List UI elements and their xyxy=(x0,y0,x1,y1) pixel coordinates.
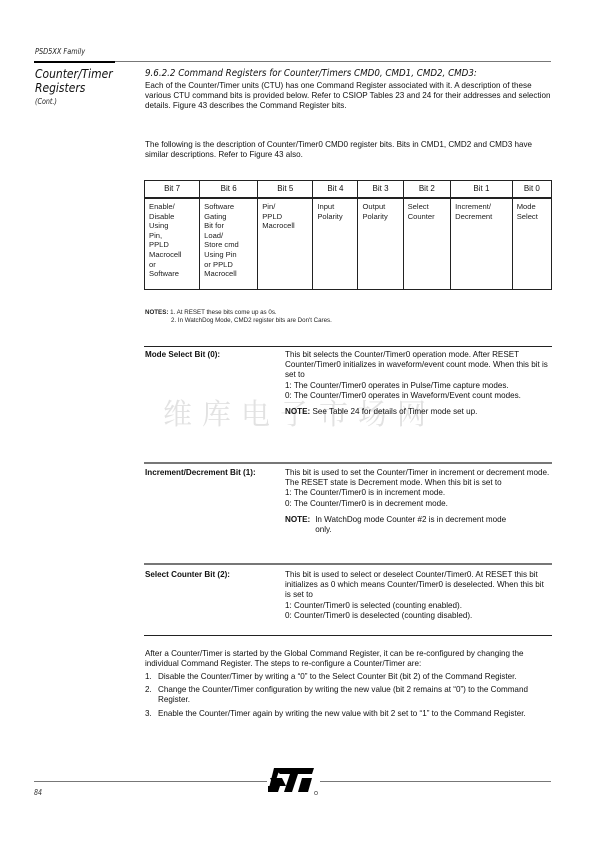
bit-cell-line: Output xyxy=(362,202,400,212)
reconfigure-intro: After a Counter/Timer is started by the … xyxy=(145,649,557,669)
divider xyxy=(144,563,552,565)
bit-cell-line: Bit for xyxy=(204,221,255,231)
sidebar-title-line2: Registers xyxy=(35,81,113,95)
step-text: Change the Counter/Timer configuration b… xyxy=(158,685,528,704)
bit-description-select-counter: This bit is used to select or deselect C… xyxy=(285,570,547,621)
section-intro: Each of the Counter/Timer units (CTU) ha… xyxy=(145,81,555,112)
bit-column-header: Bit 0 xyxy=(512,181,551,199)
bit-cell-line: or PPLD xyxy=(204,260,255,270)
step-text: Disable the Counter/Timer by writing a “… xyxy=(158,672,517,681)
bit-cell-line: Store cmd xyxy=(204,240,255,250)
bit-cell-line: Decrement xyxy=(455,212,510,222)
bit-column-header: Bit 1 xyxy=(451,181,513,199)
bit-column-header: Bit 6 xyxy=(200,181,258,199)
bit-cell: Pin/PPLDMacrocell xyxy=(258,198,313,290)
bit-cell-line: Load/ xyxy=(204,231,255,241)
note-label: NOTE: xyxy=(285,407,310,416)
bit-cell-line: or xyxy=(149,260,197,270)
bit-cell-line: Polarity xyxy=(317,212,355,222)
bit-option: 1: The Counter/Timer0 operates in Pulse/… xyxy=(285,381,555,391)
step-number: 2. xyxy=(145,685,152,695)
bit-label-increment-decrement: Increment/Decrement Bit (1): xyxy=(145,468,256,477)
document-family-header: PSD5XX Family xyxy=(35,47,85,56)
bit-cell-line: Mode xyxy=(517,202,549,212)
bit-note: NOTE: See Table 24 for details of Timer … xyxy=(285,407,555,417)
footer-rule-left xyxy=(34,781,267,782)
bit-description-text: This bit is used to select or deselect C… xyxy=(285,570,547,601)
bit-cell-line: Macrocell xyxy=(149,250,197,260)
bit-column-header: Bit 7 xyxy=(145,181,200,199)
divider xyxy=(144,635,552,636)
bit-cell: SelectCounter xyxy=(403,198,451,290)
bit-label-mode-select: Mode Select Bit (0): xyxy=(145,350,220,359)
bit-option: 0: Counter/Timer0 is deselected (countin… xyxy=(285,611,547,621)
command-register-bit-table: Bit 7Bit 6Bit 5Bit 4Bit 3Bit 2Bit 1Bit 0… xyxy=(144,180,552,290)
note-item: 1. At RESET these bits come up as 0s. xyxy=(170,309,277,316)
bit-cell: Enable/DisableUsingPin,PPLDMacrocellorSo… xyxy=(145,198,200,290)
note-text: In WatchDog mode Counter #2 is in decrem… xyxy=(315,515,515,535)
bit-option: 0: The Counter/Timer0 operates in Wavefo… xyxy=(285,391,555,401)
bit-cell: ModeSelect xyxy=(512,198,551,290)
list-item: 3.Enable the Counter/Timer again by writ… xyxy=(145,709,550,719)
section-heading: 9.6.2.2 Command Registers for Counter/Ti… xyxy=(145,68,477,79)
bit-cell: Increment/Decrement xyxy=(451,198,513,290)
section-intro-2: The following is the description of Coun… xyxy=(145,140,555,160)
bit-cell: OutputPolarity xyxy=(358,198,403,290)
bit-option: 1: Counter/Timer0 is selected (counting … xyxy=(285,601,547,611)
bit-cell-line: Macrocell xyxy=(204,269,255,279)
bit-description-increment-decrement: This bit is used to set the Counter/Time… xyxy=(285,468,555,535)
bit-cell-line: Enable/ xyxy=(149,202,197,212)
footer-rule-right xyxy=(320,781,551,782)
bit-column-header: Bit 5 xyxy=(258,181,313,199)
bit-cell-line: Increment/ xyxy=(455,202,510,212)
note-text: See Table 24 for details of Timer mode s… xyxy=(312,407,477,416)
bit-cell-line: Polarity xyxy=(362,212,400,222)
list-item: 1.Disable the Counter/Timer by writing a… xyxy=(145,672,550,682)
bit-cell: InputPolarity xyxy=(313,198,358,290)
bit-cell-line: Using Pin xyxy=(204,250,255,260)
sidebar-title-line1: Counter/Timer xyxy=(35,67,113,81)
table-notes: NOTES: 1. At RESET these bits come up as… xyxy=(145,309,332,326)
bit-cell-line: Software xyxy=(149,269,197,279)
note-label: NOTE: xyxy=(285,515,310,535)
bit-note: NOTE:In WatchDog mode Counter #2 is in d… xyxy=(285,515,555,535)
bit-table-header-row: Bit 7Bit 6Bit 5Bit 4Bit 3Bit 2Bit 1Bit 0 xyxy=(145,181,552,199)
step-text: Enable the Counter/Timer again by writin… xyxy=(158,709,526,718)
bit-cell-line: Macrocell xyxy=(262,221,310,231)
sidebar-continued-label: (Cont.) xyxy=(35,97,57,106)
reconfigure-steps: 1.Disable the Counter/Timer by writing a… xyxy=(145,672,550,722)
bit-cell-line: Software xyxy=(204,202,255,212)
bit-cell-line: PPLD xyxy=(262,212,310,222)
bit-option: 1: The Counter/Timer0 is in increment mo… xyxy=(285,488,555,498)
bit-description-text: This bit is used to set the Counter/Time… xyxy=(285,468,555,488)
bit-cell-line: Input xyxy=(317,202,355,212)
bit-cell-line: Pin/ xyxy=(262,202,310,212)
bit-column-header: Bit 3 xyxy=(358,181,403,199)
bit-option: 0: The Counter/Timer0 is in decrement mo… xyxy=(285,499,555,509)
list-item: 2.Change the Counter/Timer configuration… xyxy=(145,685,550,705)
bit-cell-line: Pin, xyxy=(149,231,197,241)
bit-cell-line: Gating xyxy=(204,212,255,222)
note-item: 2. In WatchDog Mode, CMD2 register bits … xyxy=(145,317,332,325)
bit-cell-line: Counter xyxy=(408,212,449,222)
bit-column-header: Bit 4 xyxy=(313,181,358,199)
bit-description-text: This bit selects the Counter/Timer0 oper… xyxy=(285,350,555,381)
bit-table-row: Enable/DisableUsingPin,PPLDMacrocellorSo… xyxy=(145,198,552,290)
step-number: 3. xyxy=(145,709,152,719)
bit-cell: SoftwareGatingBit forLoad/Store cmdUsing… xyxy=(200,198,258,290)
bit-cell-line: Select xyxy=(517,212,549,222)
bit-cell-line: PPLD xyxy=(149,240,197,250)
bit-column-header: Bit 2 xyxy=(403,181,451,199)
st-logo-icon xyxy=(268,766,320,801)
divider xyxy=(144,462,552,464)
header-rule-thin xyxy=(115,61,551,62)
notes-label: NOTES: xyxy=(145,309,168,316)
divider xyxy=(144,346,552,347)
header-rule-thick xyxy=(34,61,115,63)
step-number: 1. xyxy=(145,672,152,682)
bit-cell-line: Using xyxy=(149,221,197,231)
bit-cell-line: Disable xyxy=(149,212,197,222)
bit-description-mode-select: This bit selects the Counter/Timer0 oper… xyxy=(285,350,555,417)
bit-label-select-counter: Select Counter Bit (2): xyxy=(145,570,230,579)
bit-cell-line: Select xyxy=(408,202,449,212)
sidebar-title: Counter/Timer Registers xyxy=(35,67,113,95)
page-number: 84 xyxy=(34,788,42,797)
